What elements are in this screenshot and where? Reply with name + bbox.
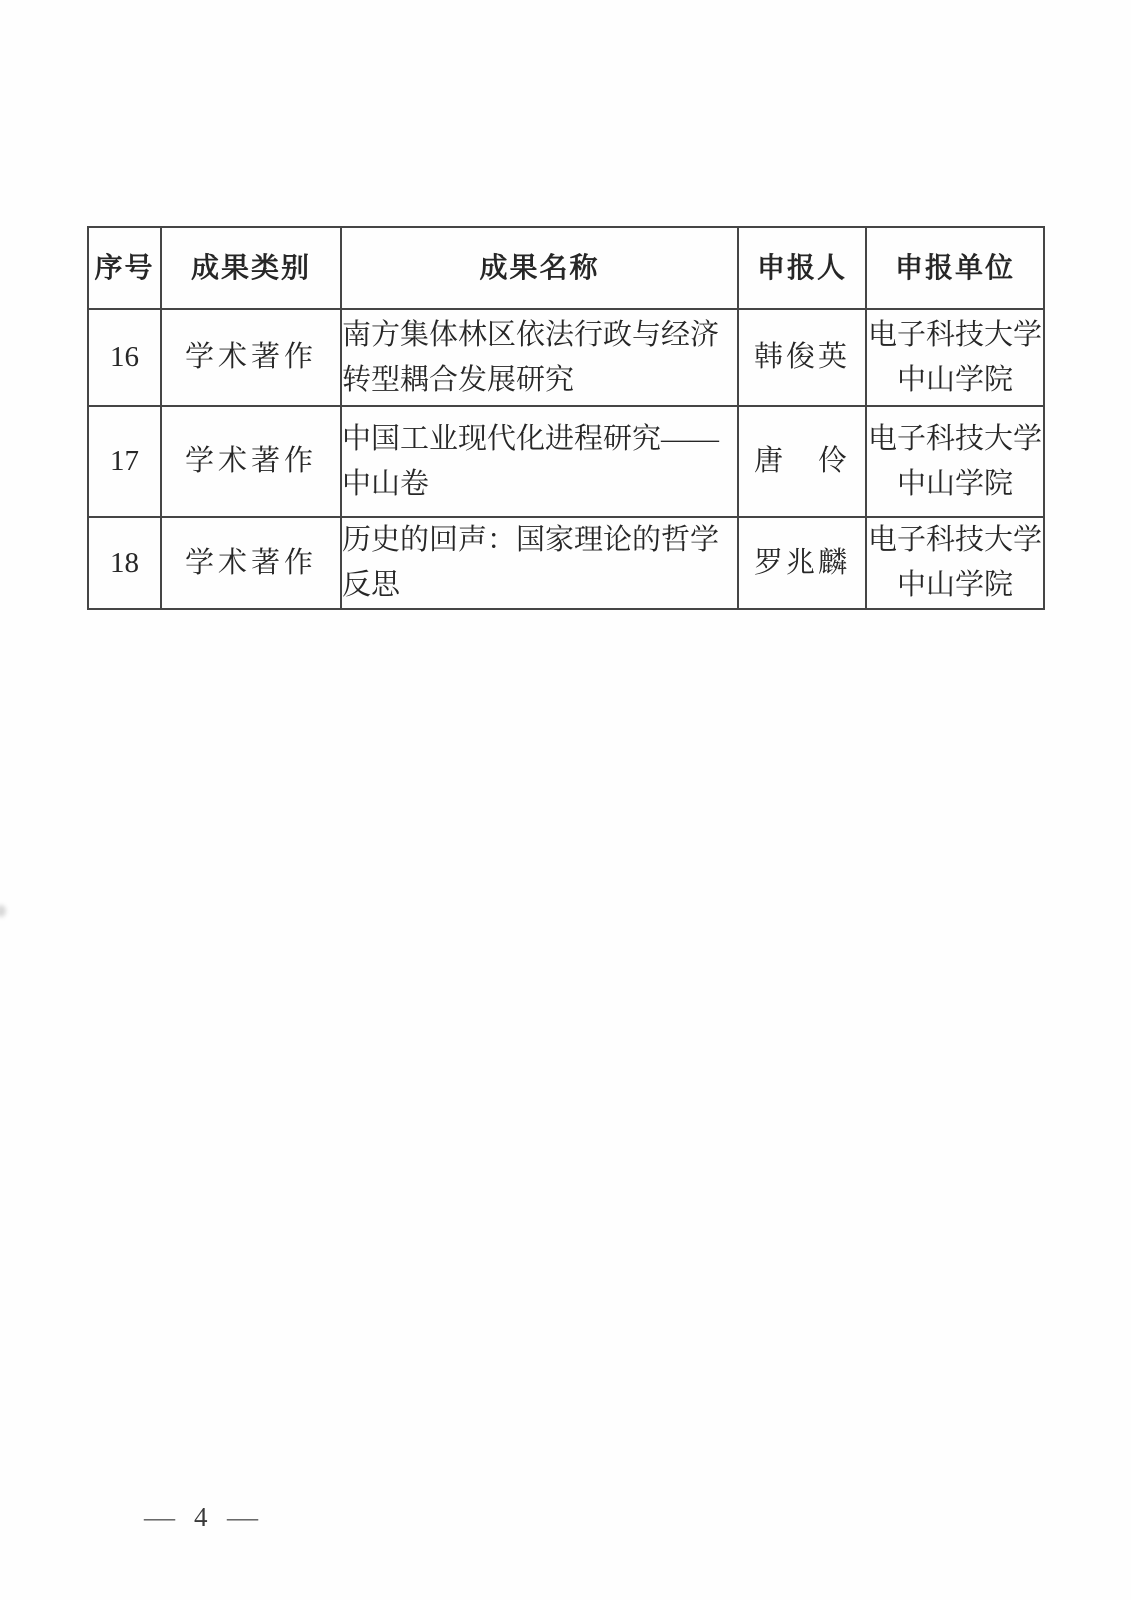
- cell-category: 学术著作: [161, 309, 341, 406]
- cell-serial-number: 17: [88, 406, 161, 517]
- header-applicant-unit: 申报单位: [866, 227, 1044, 309]
- header-achievement-category: 成果类别: [161, 227, 341, 309]
- header-serial-number: 序号: [88, 227, 161, 309]
- cell-applicant: 韩俊英: [738, 309, 866, 406]
- cell-applicant-unit: 电子科技大学 中山学院: [866, 406, 1044, 517]
- results-table: 序号 成果类别 成果名称 申报人 申报单位 16 学术著作 南方集体林区依法行政…: [87, 226, 1045, 610]
- cell-applicant: 唐 伶: [738, 406, 866, 517]
- header-applicant: 申报人: [738, 227, 866, 309]
- header-achievement-name: 成果名称: [341, 227, 738, 309]
- footer-dash-left: —: [144, 1502, 175, 1533]
- cell-applicant-unit: 电子科技大学 中山学院: [866, 517, 1044, 609]
- scan-artifact: [0, 905, 6, 917]
- table-row: 17 学术著作 中国工业现代化进程研究——中山卷 唐 伶 电子科技大学 中山学院: [88, 406, 1044, 517]
- footer-dash-right: —: [226, 1502, 257, 1533]
- table-row: 18 学术著作 历史的回声：国家理论的哲学反思 罗兆麟 电子科技大学 中山学院: [88, 517, 1044, 609]
- cell-category: 学术著作: [161, 517, 341, 609]
- unit-line-1: 电子科技大学: [867, 313, 1043, 358]
- cell-achievement-title: 南方集体林区依法行政与经济转型耦合发展研究: [341, 309, 738, 406]
- table-row: 16 学术著作 南方集体林区依法行政与经济转型耦合发展研究 韩俊英 电子科技大学…: [88, 309, 1044, 406]
- unit-line-2: 中山学院: [867, 358, 1043, 403]
- cell-serial-number: 18: [88, 517, 161, 609]
- cell-applicant-unit: 电子科技大学 中山学院: [866, 309, 1044, 406]
- cell-achievement-title: 中国工业现代化进程研究——中山卷: [341, 406, 738, 517]
- cell-applicant: 罗兆麟: [738, 517, 866, 609]
- footer-page-number: 4: [194, 1502, 208, 1533]
- unit-line-1: 电子科技大学: [867, 518, 1043, 563]
- unit-line-2: 中山学院: [867, 462, 1043, 507]
- document-page: 序号 成果类别 成果名称 申报人 申报单位 16 学术著作 南方集体林区依法行政…: [0, 0, 1131, 1600]
- unit-line-2: 中山学院: [867, 563, 1043, 608]
- page-number-footer: — 4 —: [146, 1502, 256, 1533]
- unit-line-1: 电子科技大学: [867, 417, 1043, 462]
- cell-category: 学术著作: [161, 406, 341, 517]
- table-header-row: 序号 成果类别 成果名称 申报人 申报单位: [88, 227, 1044, 309]
- cell-serial-number: 16: [88, 309, 161, 406]
- cell-achievement-title: 历史的回声：国家理论的哲学反思: [341, 517, 738, 609]
